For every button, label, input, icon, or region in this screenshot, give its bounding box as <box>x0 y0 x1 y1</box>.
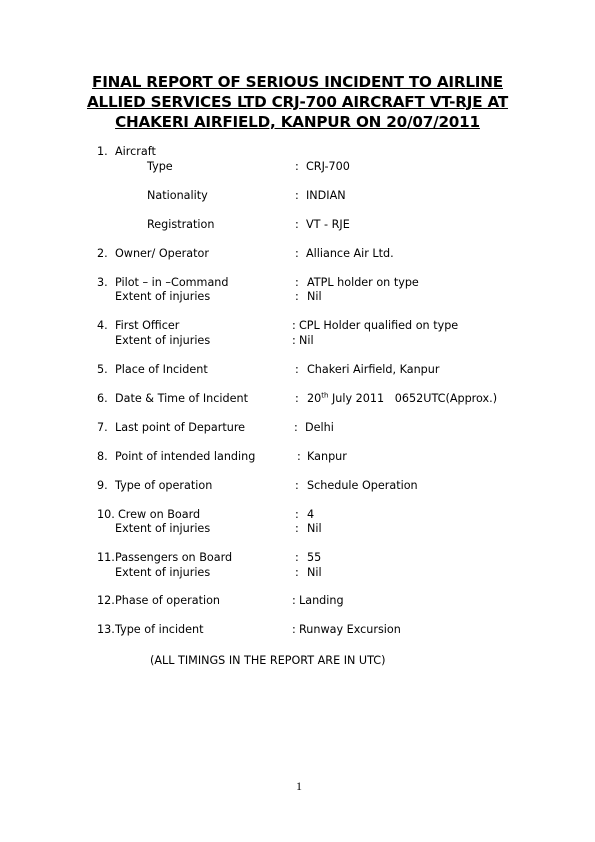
colon: : <box>295 479 299 493</box>
item-value: Nil <box>307 566 322 580</box>
item-number: 8. <box>97 450 108 464</box>
item-value: Chakeri Airfield, Kanpur <box>307 363 439 377</box>
colon: : <box>294 421 298 435</box>
colon: : <box>295 160 299 174</box>
colon: : <box>295 363 299 377</box>
timing-note: (ALL TIMINGS IN THE REPORT ARE IN UTC) <box>150 654 385 667</box>
item-label: Owner/ Operator <box>115 247 209 261</box>
colon: : <box>295 218 299 232</box>
item-label: Point of intended landing <box>115 450 255 464</box>
item-number: 10. <box>97 508 115 522</box>
item-value: Schedule Operation <box>307 479 418 493</box>
item-value: VT - RJE <box>306 218 350 232</box>
item-number: 6. <box>97 392 108 406</box>
item-value: CPL Holder qualified on type <box>299 319 458 333</box>
item-value: Delhi <box>305 421 334 435</box>
item-value: Nil <box>307 290 322 304</box>
item-number: 12. <box>97 594 115 608</box>
item-label: Type of incident <box>115 623 204 637</box>
item-label: Extent of injuries <box>115 566 210 580</box>
colon: : <box>295 392 299 406</box>
item-number: 7. <box>97 421 108 435</box>
item-number: 4. <box>97 319 108 333</box>
colon: : <box>295 522 299 536</box>
colon: : <box>295 566 299 580</box>
colon: : <box>295 290 299 304</box>
item-value: Runway Excursion <box>299 623 401 637</box>
item-label: Extent of injuries <box>115 522 210 536</box>
colon: : <box>292 594 296 608</box>
item-number: 13. <box>97 623 115 637</box>
item-number: 5. <box>97 363 108 377</box>
date-day: 20 <box>307 392 321 405</box>
item-label: Type of operation <box>115 479 212 493</box>
colon: : <box>295 276 299 290</box>
item-label: Registration <box>147 218 214 232</box>
item-label: Phase of operation <box>115 594 220 608</box>
item-value: ATPL holder on type <box>307 276 419 290</box>
item-value: CRJ-700 <box>306 160 350 174</box>
colon: : <box>295 508 299 522</box>
item-value: 55 <box>307 551 321 565</box>
item-label: Passengers on Board <box>115 551 232 565</box>
item-number: 2. <box>97 247 108 261</box>
colon: : <box>295 551 299 565</box>
colon: : <box>292 623 296 637</box>
item-value: Kanpur <box>307 450 347 464</box>
item-label: Extent of injuries <box>115 290 210 304</box>
item-value: 4 <box>307 508 314 522</box>
page-number: 1 <box>296 779 302 794</box>
item-label: Aircraft <box>115 145 156 159</box>
item-label: Extent of injuries <box>115 334 210 348</box>
item-value: Nil <box>307 522 322 536</box>
item-label: First Officer <box>115 319 179 333</box>
item-value: Alliance Air Ltd. <box>306 247 394 261</box>
colon: : <box>292 319 296 333</box>
title-line-3: CHAKERI AIRFIELD, KANPUR ON 20/07/2011 <box>60 112 535 132</box>
colon: : <box>292 334 296 348</box>
title-line-1: FINAL REPORT OF SERIOUS INCIDENT TO AIRL… <box>60 72 535 92</box>
item-number: 11. <box>97 551 115 565</box>
item-number: 3. <box>97 276 108 290</box>
item-value: Landing <box>299 594 344 608</box>
item-label: Pilot – in –Command <box>115 276 229 290</box>
date-rest: July 2011 0652UTC(Approx.) <box>328 392 497 405</box>
colon: : <box>297 450 301 464</box>
item-label: Last point of Departure <box>115 421 245 435</box>
item-label: Nationality <box>147 189 208 203</box>
item-number: 9. <box>97 479 108 493</box>
item-value: Nil <box>299 334 314 348</box>
report-title: FINAL REPORT OF SERIOUS INCIDENT TO AIRL… <box>60 72 535 132</box>
item-number: 1. <box>97 145 108 159</box>
item-label: Date & Time of Incident <box>115 392 248 406</box>
colon: : <box>295 189 299 203</box>
title-line-2: ALLIED SERVICES LTD CRJ-700 AIRCRAFT VT-… <box>60 92 535 112</box>
item-value: INDIAN <box>306 189 346 203</box>
colon: : <box>295 247 299 261</box>
item-label: Type <box>147 160 173 174</box>
item-label: Place of Incident <box>115 363 208 377</box>
item-value: 20th July 2011 0652UTC(Approx.) <box>307 392 497 406</box>
item-label: Crew on Board <box>118 508 200 522</box>
